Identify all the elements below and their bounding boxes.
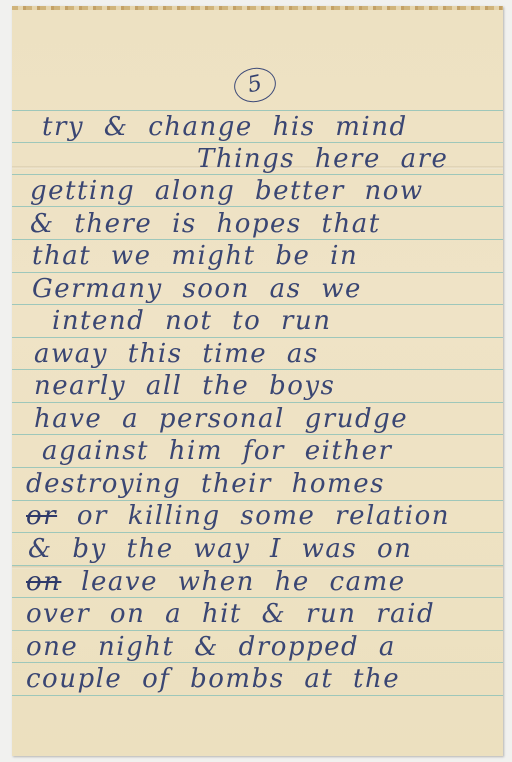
handwritten-line: have a personal grudge xyxy=(34,404,408,434)
ruled-line xyxy=(12,467,503,468)
letter-page: 5 try & change his mind Things here are … xyxy=(12,6,503,756)
handwritten-line: against him for either xyxy=(42,436,392,466)
handwritten-line-with-strikethrough: or or killing some relation xyxy=(26,501,450,531)
handwritten-line: & by the way I was on xyxy=(28,534,412,564)
ruled-line xyxy=(12,662,503,663)
handwritten-line-with-strikethrough: on leave when he came xyxy=(26,567,406,597)
ruled-line xyxy=(12,630,503,631)
line-text: or killing some relation xyxy=(77,501,450,531)
ruled-line xyxy=(12,206,503,207)
circled-page-number: 5 xyxy=(231,64,279,106)
ruled-line xyxy=(12,532,503,533)
handwritten-line: destroying their homes xyxy=(26,469,385,499)
ruled-line xyxy=(12,174,503,175)
ruled-line xyxy=(12,597,503,598)
handwritten-line: nearly all the boys xyxy=(34,371,335,401)
handwritten-line: & there is hopes that xyxy=(30,209,381,239)
ruled-line xyxy=(12,272,503,273)
ruled-line xyxy=(12,337,503,338)
ruled-line xyxy=(12,434,503,435)
torn-top-edge xyxy=(12,6,503,10)
handwritten-line: couple of bombs at the xyxy=(26,664,400,694)
ruled-line xyxy=(12,402,503,403)
handwritten-line: Germany soon as we xyxy=(32,274,362,304)
ruled-line xyxy=(12,369,503,370)
ruled-line xyxy=(12,110,503,111)
ruled-line xyxy=(12,239,503,240)
handwritten-line: intend not to run xyxy=(52,306,331,336)
handwritten-line: that we might be in xyxy=(32,241,358,271)
struck-word: or xyxy=(26,501,57,531)
ruled-line xyxy=(12,695,503,696)
ruled-line xyxy=(12,304,503,305)
handwritten-line: one night & dropped a xyxy=(26,632,396,662)
handwritten-line: Things here are xyxy=(197,144,448,174)
handwritten-line: over on a hit & run raid xyxy=(26,599,435,629)
handwritten-line: try & change his mind xyxy=(42,112,408,142)
handwritten-line: away this time as xyxy=(34,339,319,369)
handwritten-line: getting along better now xyxy=(30,176,424,206)
line-text: leave when he came xyxy=(81,567,405,597)
ruled-line xyxy=(12,142,503,143)
struck-word: on xyxy=(26,567,61,597)
